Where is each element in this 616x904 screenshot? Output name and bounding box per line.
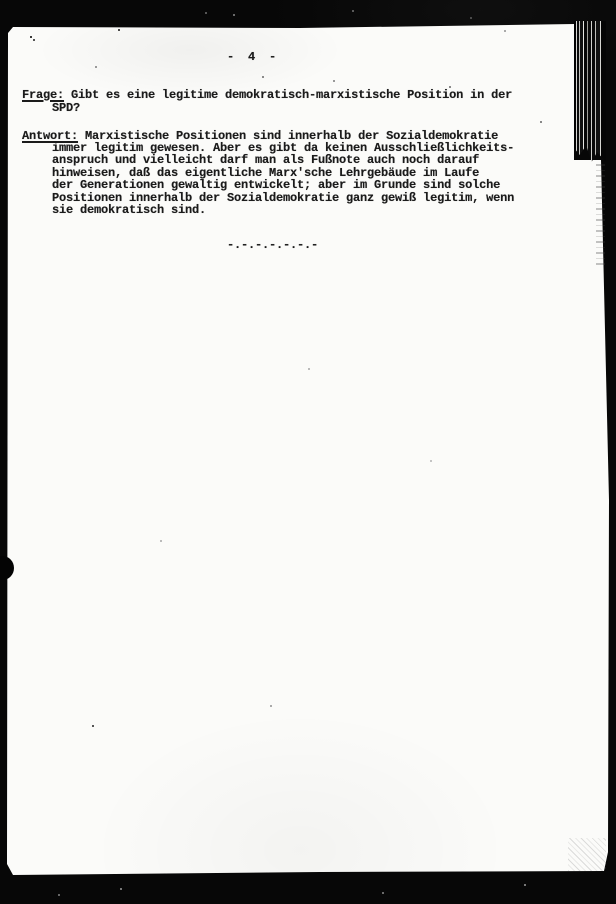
question-continuation: SPD?	[52, 102, 80, 114]
question-text: Gibt es eine legitime demokratisch-marxi…	[64, 88, 512, 102]
answer-line: anspruch und vielleicht darf man als Fuß…	[52, 154, 479, 166]
answer-line: der Generationen gewaltig entwickelt; ab…	[52, 179, 500, 191]
scanned-document: - 4 - Frage: Gibt es eine legitime demok…	[0, 0, 616, 904]
section-separator: -.-.-.-.-.-.-	[227, 239, 318, 251]
answer-line: sie demokratisch sind.	[52, 204, 206, 216]
answer-line: Positionen innerhalb der Sozialdemokrati…	[52, 192, 514, 204]
answer-line: hinweisen, daß das eigentliche Marx'sche…	[52, 167, 479, 179]
answer-line: Antwort: Marxistische Positionen sind in…	[22, 130, 498, 142]
typewritten-text: - 4 - Frage: Gibt es eine legitime demok…	[0, 0, 616, 904]
answer-line: immer legitim gewesen. Aber es gibt da k…	[52, 142, 514, 154]
question-line: Frage: Gibt es eine legitime demokratisc…	[22, 89, 512, 101]
page-number: - 4 -	[227, 51, 276, 63]
question-label: Frage:	[22, 88, 64, 102]
